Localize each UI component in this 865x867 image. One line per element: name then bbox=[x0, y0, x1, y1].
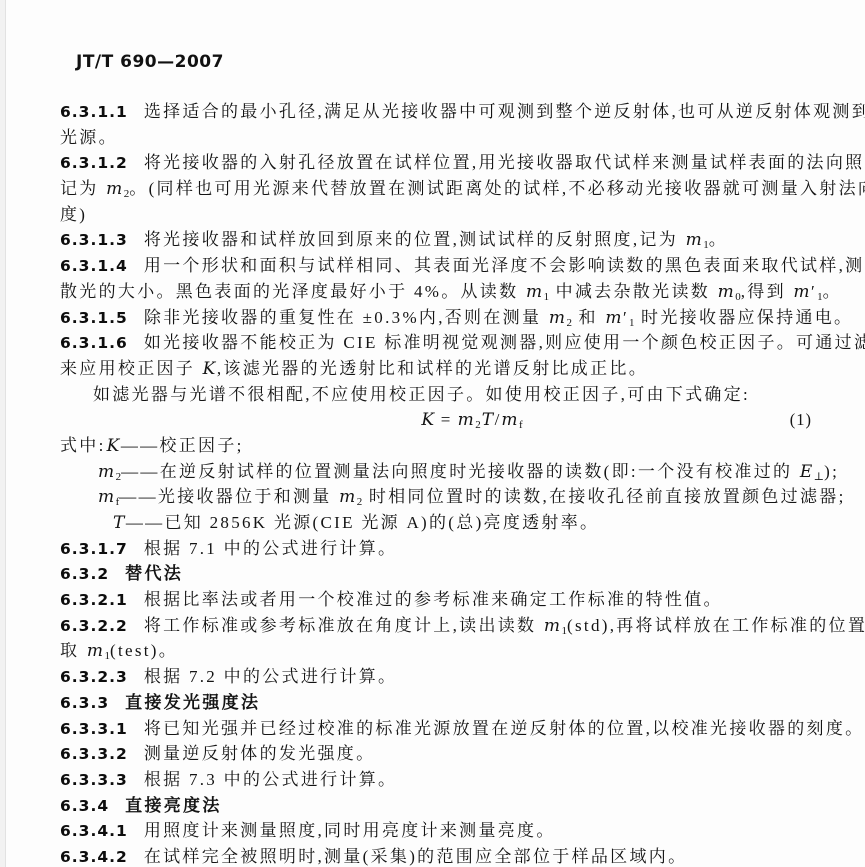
line-text: 将光接收器和试样放回到原来的位置,测试试样的反射照度,记为 m1。 bbox=[144, 230, 728, 249]
paragraph-line: 6.3.1.7 根据 7.1 中的公式进行计算。 bbox=[60, 536, 808, 562]
line-text: 用一个形状和面积与试样相同、其表面光泽度不会影响读数的黑色表面来取代试样,测量杂 bbox=[144, 256, 865, 275]
line-text: 根据 7.2 中的公式进行计算。 bbox=[144, 667, 398, 686]
paragraph-line: 6.3.2.3 根据 7.2 中的公式进行计算。 bbox=[60, 664, 808, 690]
equation-number: (1) bbox=[790, 407, 812, 433]
paragraph-line: mf——光接收器位于和测量 m2 时相同位置时的读数,在接收孔径前直接放置颜色过… bbox=[60, 484, 808, 510]
section-number: 6.3.2 bbox=[60, 565, 109, 583]
line-text: 如滤光器与光谱不很相配,不应使用校正因子。如使用校正因子,可由下式确定: bbox=[93, 385, 750, 404]
paragraph-line: 6.3.1.2 将光接收器的入射孔径放置在试样位置,用光接收器取代试样来测量试样… bbox=[60, 150, 808, 176]
line-text: T——已知 2856K 光源(CIE 光源 A)的(总)亮度透射率。 bbox=[112, 513, 599, 532]
paragraph-line: K = m2T/mf (1) bbox=[60, 407, 808, 433]
line-text: 在试样完全被照明时,测量(采集)的范围应全部位于样品区域内。 bbox=[144, 847, 688, 866]
paragraph-line: 如滤光器与光谱不很相配,不应使用校正因子。如使用校正因子,可由下式确定: bbox=[60, 382, 808, 408]
line-text: 测量逆反射体的发光强度。 bbox=[144, 744, 376, 763]
section-number: 6.3.1.4 bbox=[60, 257, 128, 275]
section-number: 6.3.1.6 bbox=[60, 334, 128, 352]
paragraph-line: m2——在逆反射试样的位置测量法向照度时光接收器的读数(即:一个没有校准过的 E… bbox=[60, 459, 808, 485]
section-number: 6.3.1.3 bbox=[60, 231, 128, 249]
line-text: m2——在逆反射试样的位置测量法向照度时光接收器的读数(即:一个没有校准过的 E… bbox=[97, 462, 839, 481]
paragraph-line: 取 m1(test)。 bbox=[60, 638, 808, 664]
paragraph-line: 式中:K——校正因子; bbox=[60, 433, 808, 459]
line-text: 光源。 bbox=[60, 128, 118, 147]
line-text: 取 m1(test)。 bbox=[60, 641, 178, 660]
section-number: 6.3.3.2 bbox=[60, 745, 128, 763]
line-text: 将工作标准或参考标准放在角度计上,读出读数 m1(std),再将试样放在工作标准… bbox=[144, 616, 865, 635]
paragraph-line: 6.3.3.2 测量逆反射体的发光强度。 bbox=[60, 741, 808, 767]
paragraph-line: 6.3.4 直接亮度法 bbox=[60, 793, 808, 819]
line-text: 式中:K——校正因子; bbox=[60, 436, 244, 455]
line-text: 选择适合的最小孔径,满足从光接收器中可观测到整个逆反射体,也可从逆反射体观测到 bbox=[144, 102, 865, 121]
section-number: 6.3.3 bbox=[60, 694, 109, 712]
section-number: 6.3.2.1 bbox=[60, 591, 128, 609]
line-text: 散光的大小。黑色表面的光泽度最好小于 4%。从读数 m1 中减去杂散光读数 m0… bbox=[60, 282, 842, 301]
line-text: 将已知光强并已经过校准的标准光源放置在逆反射体的位置,以校准光接收器的刻度。 bbox=[144, 719, 865, 738]
paragraph-line: 散光的大小。黑色表面的光泽度最好小于 4%。从读数 m1 中减去杂散光读数 m0… bbox=[60, 279, 808, 305]
paragraph-line: 6.3.1.5 除非光接收器的重复性在 ±0.3%内,否则在测量 m2 和 m′… bbox=[60, 305, 808, 331]
line-text: 度) bbox=[60, 205, 87, 224]
line-text: 替代法 bbox=[125, 564, 183, 583]
paragraph-line: 6.3.1.1 选择适合的最小孔径,满足从光接收器中可观测到整个逆反射体,也可从… bbox=[60, 99, 808, 125]
document-body: 6.3.1.1 选择适合的最小孔径,满足从光接收器中可观测到整个逆反射体,也可从… bbox=[60, 99, 808, 867]
section-number: 6.3.3.1 bbox=[60, 720, 128, 738]
line-text: 根据 7.1 中的公式进行计算。 bbox=[144, 539, 398, 558]
line-text: 除非光接收器的重复性在 ±0.3%内,否则在测量 m2 和 m′1 时光接收器应… bbox=[144, 308, 854, 327]
line-text: 将光接收器的入射孔径放置在试样位置,用光接收器取代试样来测量试样表面的法向照度, bbox=[144, 153, 865, 172]
paragraph-line: 6.3.1.4 用一个形状和面积与试样相同、其表面光泽度不会影响读数的黑色表面来… bbox=[60, 253, 808, 279]
paragraph-line: T——已知 2856K 光源(CIE 光源 A)的(总)亮度透射率。 bbox=[60, 510, 808, 536]
paragraph-line: 光源。 bbox=[60, 125, 808, 151]
paragraph-line: 6.3.3 直接发光强度法 bbox=[60, 690, 808, 716]
document-page: JT/T 690—2007 6.3.1.1 选择适合的最小孔径,满足从光接收器中… bbox=[0, 0, 865, 867]
paragraph-line: 6.3.1.6 如光接收器不能校正为 CIE 标准明视觉观测器,则应使用一个颜色… bbox=[60, 330, 808, 356]
section-number: 6.3.1.7 bbox=[60, 540, 128, 558]
line-text: 根据比率法或者用一个校准过的参考标准来确定工作标准的特性值。 bbox=[144, 590, 723, 609]
paragraph-line: 6.3.3.1 将已知光强并已经过校准的标准光源放置在逆反射体的位置,以校准光接… bbox=[60, 716, 808, 742]
paragraph-line: 6.3.2 替代法 bbox=[60, 561, 808, 587]
section-number: 6.3.4.2 bbox=[60, 848, 128, 866]
line-text: mf——光接收器位于和测量 m2 时相同位置时的读数,在接收孔径前直接放置颜色过… bbox=[97, 487, 846, 506]
paragraph-line: 记为 m2。(同样也可用光源来代替放置在测试距离处的试样,不必移动光接收器就可测… bbox=[60, 176, 808, 202]
section-number: 6.3.1.2 bbox=[60, 154, 128, 172]
section-number: 6.3.3.3 bbox=[60, 771, 128, 789]
scan-edge-artifact bbox=[0, 0, 6, 867]
line-text: 直接发光强度法 bbox=[125, 693, 260, 712]
paragraph-line: 6.3.4.2 在试样完全被照明时,测量(采集)的范围应全部位于样品区域内。 bbox=[60, 844, 808, 867]
line-text: K = m2T/mf bbox=[420, 410, 522, 429]
paragraph-line: 6.3.4.1 用照度计来测量照度,同时用亮度计来测量亮度。 bbox=[60, 818, 808, 844]
line-text: 如光接收器不能校正为 CIE 标准明视觉观测器,则应使用一个颜色校正因子。可通过… bbox=[144, 333, 865, 352]
line-text: 直接亮度法 bbox=[125, 796, 222, 815]
paragraph-line: 度) bbox=[60, 202, 808, 228]
standard-number-header: JT/T 690—2007 bbox=[76, 52, 224, 72]
section-number: 6.3.4.1 bbox=[60, 822, 128, 840]
paragraph-line: 6.3.1.3 将光接收器和试样放回到原来的位置,测试试样的反射照度,记为 m1… bbox=[60, 227, 808, 253]
paragraph-line: 6.3.2.1 根据比率法或者用一个校准过的参考标准来确定工作标准的特性值。 bbox=[60, 587, 808, 613]
section-number: 6.3.2.2 bbox=[60, 617, 128, 635]
paragraph-line: 6.3.3.3 根据 7.3 中的公式进行计算。 bbox=[60, 767, 808, 793]
line-text: 用照度计来测量照度,同时用亮度计来测量亮度。 bbox=[144, 821, 556, 840]
section-number: 6.3.4 bbox=[60, 797, 109, 815]
line-text: 记为 m2。(同样也可用光源来代替放置在测试距离处的试样,不必移动光接收器就可测… bbox=[60, 179, 865, 198]
section-number: 6.3.2.3 bbox=[60, 668, 128, 686]
line-text: 根据 7.3 中的公式进行计算。 bbox=[144, 770, 398, 789]
line-text: 来应用校正因子 K,该滤光器的光透射比和试样的光谱反射比成正比。 bbox=[60, 359, 648, 378]
paragraph-line: 来应用校正因子 K,该滤光器的光透射比和试样的光谱反射比成正比。 bbox=[60, 356, 808, 382]
paragraph-line: 6.3.2.2 将工作标准或参考标准放在角度计上,读出读数 m1(std),再将… bbox=[60, 613, 808, 639]
section-number: 6.3.1.5 bbox=[60, 309, 128, 327]
section-number: 6.3.1.1 bbox=[60, 103, 128, 121]
